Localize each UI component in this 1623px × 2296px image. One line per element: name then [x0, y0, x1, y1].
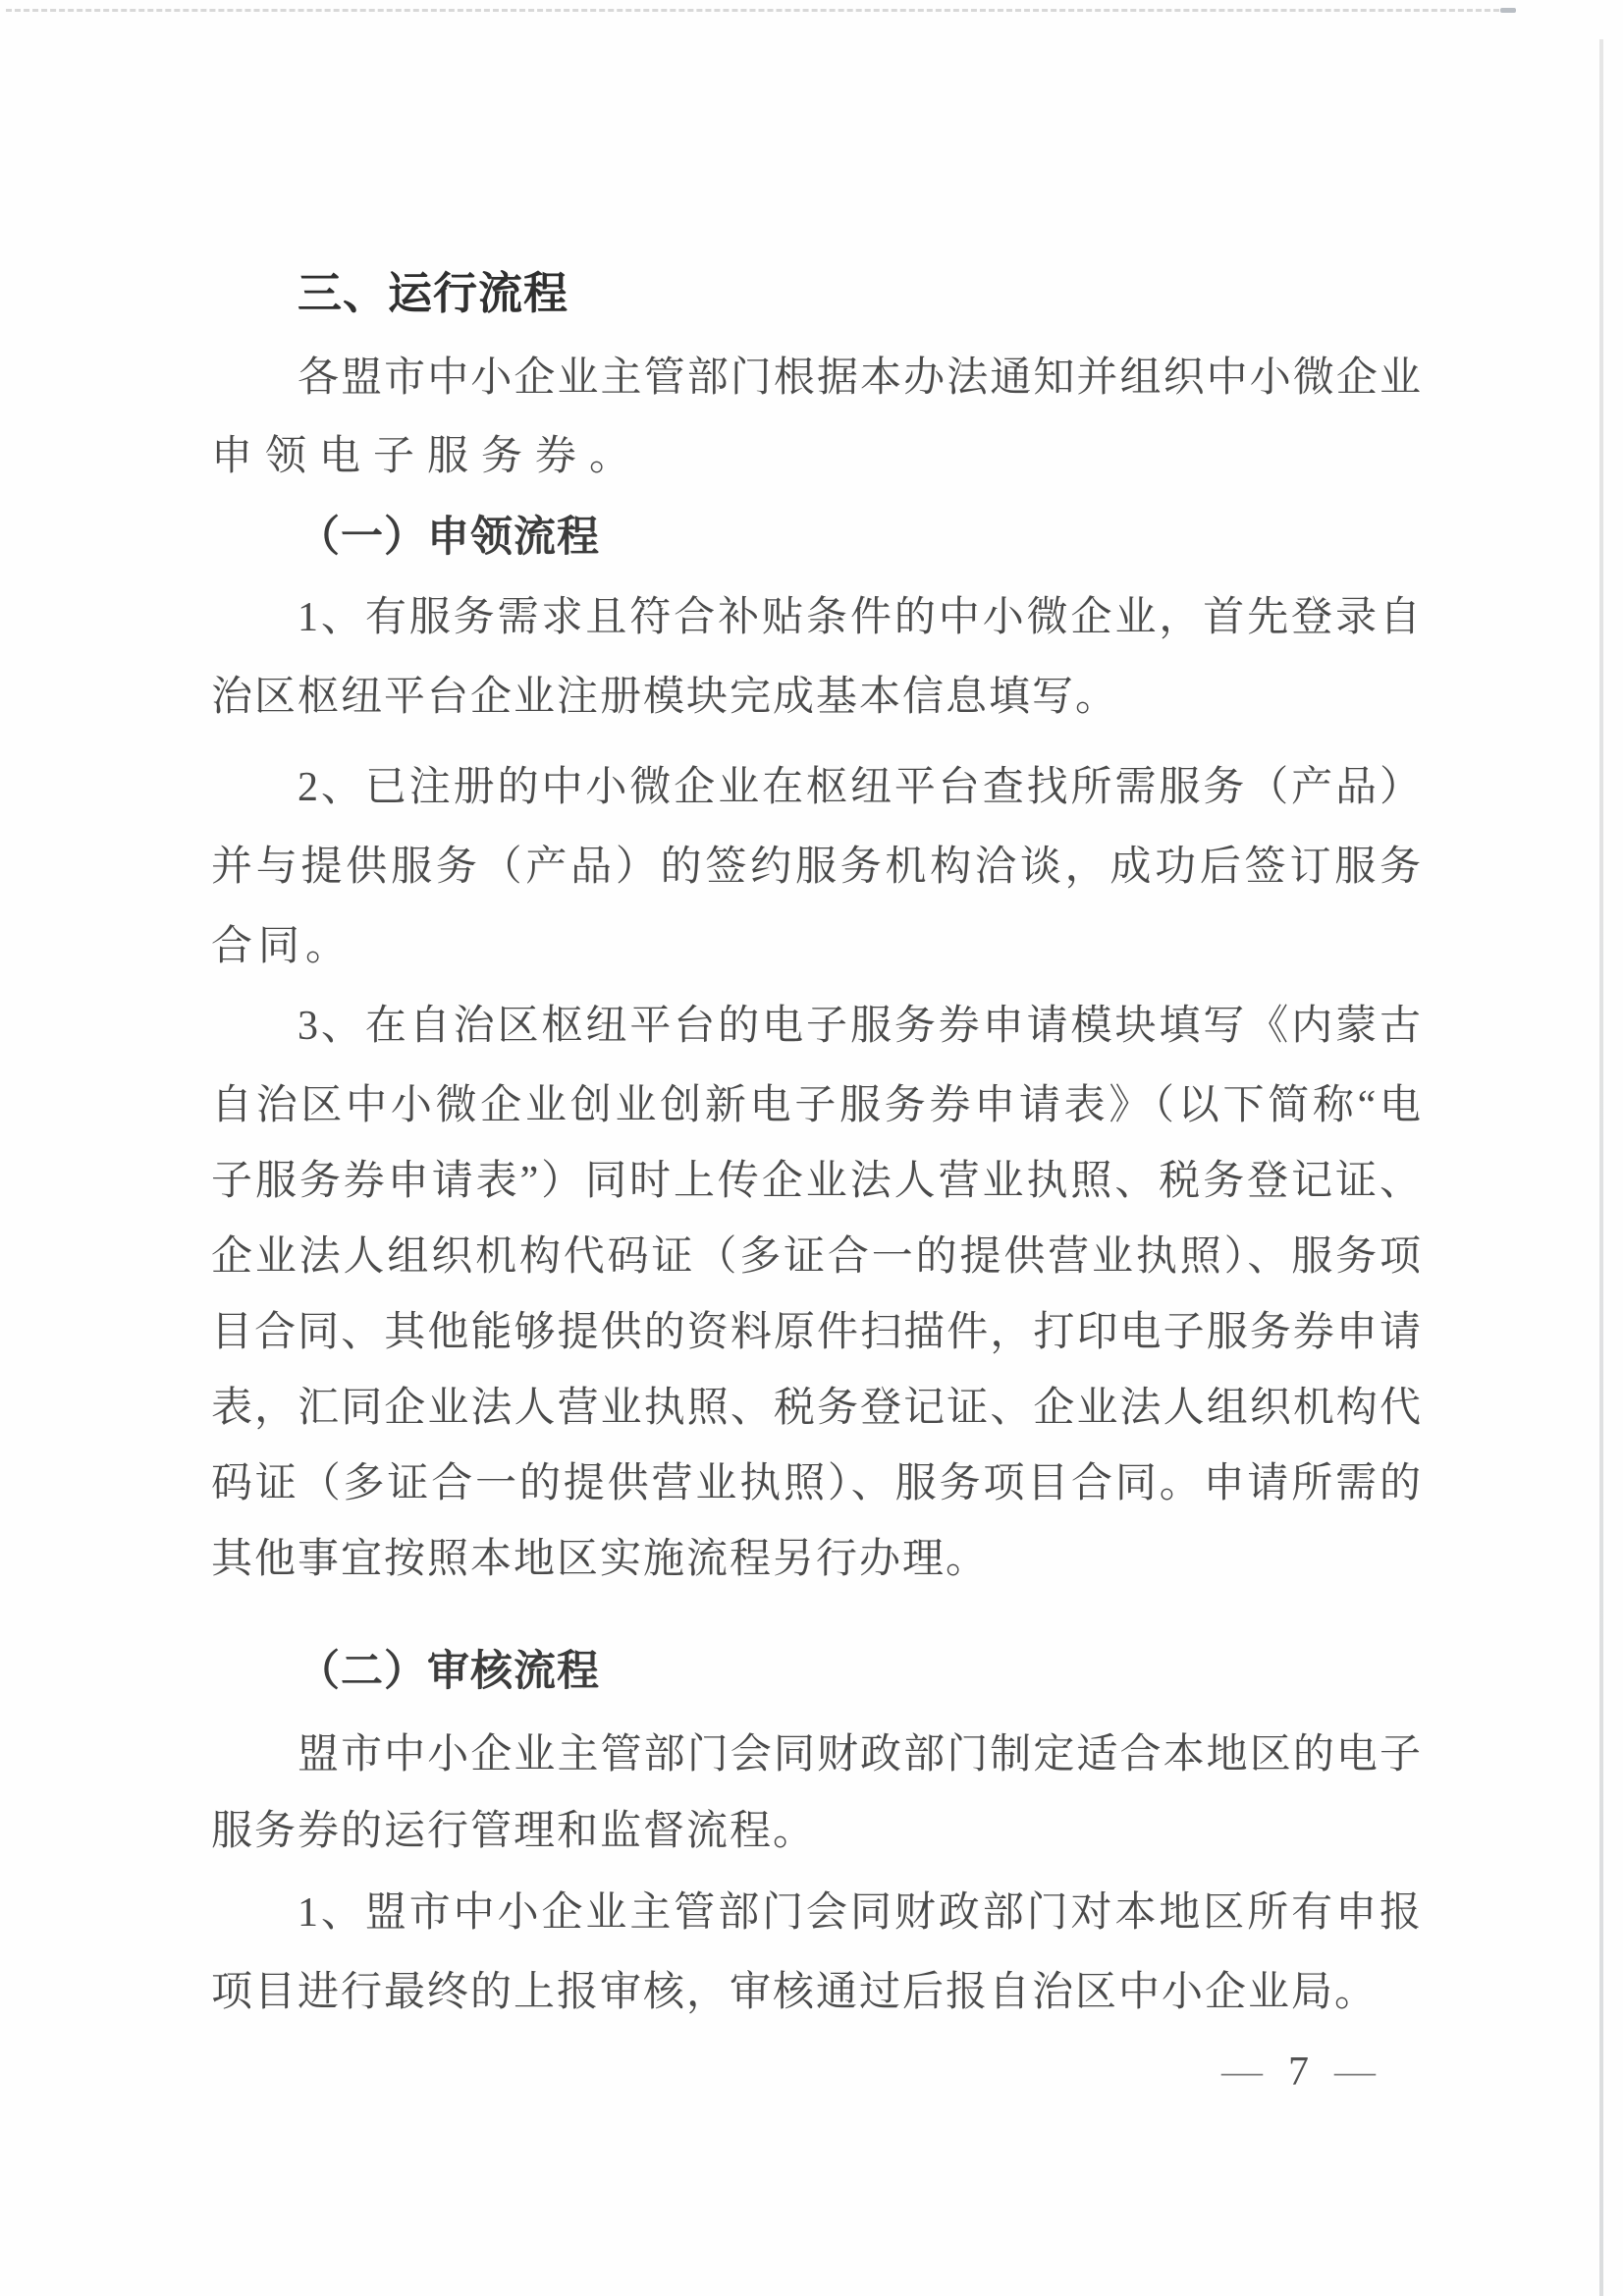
text-line: 3、在自治区枢纽平台的电子服务券申请模块填写《内蒙古 [211, 996, 1421, 1057]
text-line: 服务券的运行管理和监督流程。 [211, 1801, 1421, 1862]
text-line: 企业法人组织机构代码证（多证合一的提供营业执照）、服务项 [211, 1227, 1421, 1287]
text-line: 目合同、其他能够提供的资料原件扫描件，打印电子服务券申请 [211, 1302, 1421, 1363]
text-line: 其他事宜按照本地区实施流程另行办理。 [211, 1529, 1421, 1590]
text-line: 项目进行最终的上报审核，审核通过后报自治区中小企业局。 [211, 1962, 1421, 2023]
page-number-dash-right: — [1334, 2052, 1376, 2093]
text-line: 各盟市中小企业主管部门根据本办法通知并组织中小微企业 [211, 348, 1421, 409]
scan-artifact-top-right-mark [1500, 8, 1516, 13]
sub-heading: （一）申领流程 [211, 508, 1421, 569]
page-number-value: 7 [1288, 2049, 1309, 2096]
scan-artifact-top-edge [6, 9, 1508, 12]
text-line: 并与提供服务（产品）的签约服务机构洽谈，成功后签订服务 [211, 837, 1421, 898]
text-line: 申领电子服务券。 [211, 426, 1421, 487]
page-number: — 7 — [1221, 2049, 1376, 2096]
sub-heading: （二）审核流程 [211, 1642, 1421, 1703]
text-line: 1、盟市中小企业主管部门会同财政部门对本地区所有申报 [211, 1883, 1421, 1943]
scan-artifact-right-edge [1599, 39, 1603, 2296]
text-line: 1、有服务需求且符合补贴条件的中小微企业，首先登录自 [211, 587, 1421, 648]
text-line: 码证（多证合一的提供营业执照）、服务项目合同。申请所需的 [211, 1453, 1421, 1514]
text-line: 盟市中小企业主管部门会同财政部门制定适合本地区的电子 [211, 1724, 1421, 1785]
page-number-dash-left: — [1221, 2052, 1263, 2093]
text-line: 自治区中小微企业创业创新电子服务券申请表》（以下简称“电 [211, 1075, 1421, 1136]
text-line: 表，汇同企业法人营业执照、税务登记证、企业法人组织机构代 [211, 1378, 1421, 1439]
section-heading: 三、运行流程 [211, 263, 1421, 324]
text-line: 治区枢纽平台企业注册模块完成基本信息填写。 [211, 667, 1421, 728]
text-line: 子服务券申请表”）同时上传企业法人营业执照、税务登记证、 [211, 1151, 1421, 1212]
document-page: 三、运行流程各盟市中小企业主管部门根据本办法通知并组织中小微企业申领电子服务券。… [0, 0, 1623, 2296]
text-line: 2、已注册的中小微企业在枢纽平台查找所需服务（产品） [211, 757, 1421, 818]
text-line: 合同。 [211, 916, 1421, 977]
